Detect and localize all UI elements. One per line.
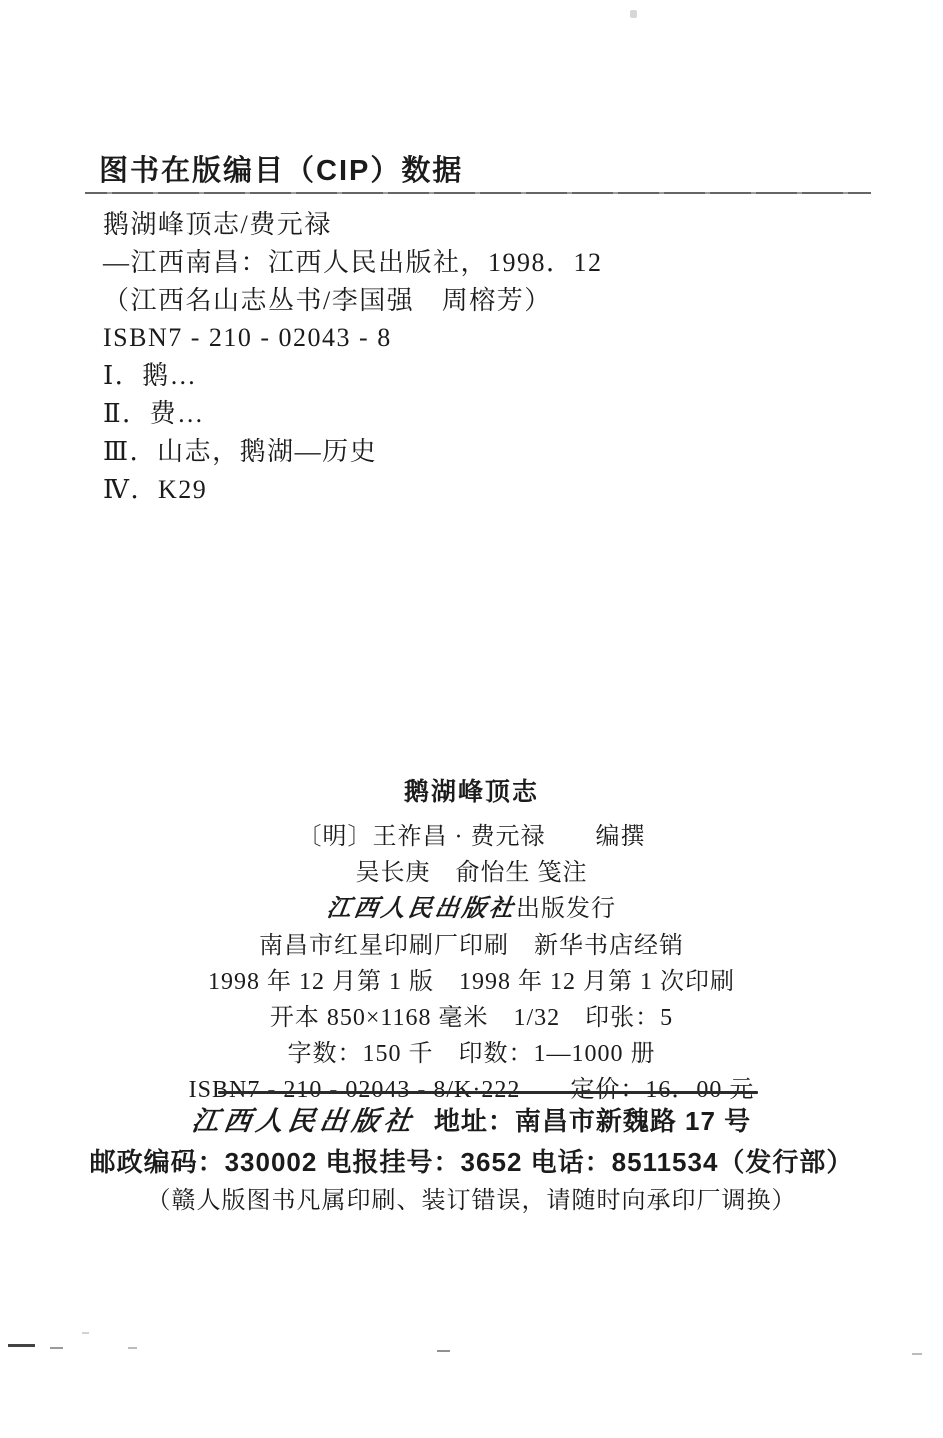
publisher-line: 江西人民出版社出版发行 <box>0 891 943 927</box>
imprint-block: 鹅湖峰顶志 〔明〕王祚昌 · 费元禄 编撰 吴长庚 俞怡生 笺注 江西人民出版社… <box>0 772 943 1109</box>
publisher-brand-script: 江西人民出版社 <box>189 1101 419 1141</box>
publisher-contact-line: 邮政编码：330002 电报挂号：3652 电话：8511534（发行部） <box>0 1142 943 1182</box>
cip-divider-rule <box>85 192 871 194</box>
publisher-rest: 出版发行 <box>516 896 616 922</box>
scan-artifact-dash <box>437 1350 450 1352</box>
scan-artifact-speck <box>630 10 637 18</box>
count-line: 字数：150 千 印数：1—1000 册 <box>0 1036 943 1072</box>
cip-index-4: Ⅳ．K29 <box>103 471 603 509</box>
book-title: 鹅湖峰顶志 <box>0 772 943 808</box>
publisher-contact-block: 江西人民出版社地址：南昌市新魏路 17 号 邮政编码：330002 电报挂号：3… <box>0 1101 943 1220</box>
cip-index-2: Ⅱ．费… <box>103 395 603 433</box>
scan-artifact-dash <box>8 1344 35 1347</box>
printer-line: 南昌市红星印刷厂印刷 新华书店经销 <box>0 928 943 964</box>
cip-series-line: （江西名山志丛书/李国强 周榕芳） <box>103 282 603 320</box>
scan-artifact-dash <box>50 1347 63 1349</box>
publisher-address-line: 江西人民出版社地址：南昌市新魏路 17 号 <box>0 1101 943 1142</box>
edition-line: 1998 年 12 月第 1 版 1998 年 12 月第 1 次印刷 <box>0 964 943 1000</box>
cip-heading: 图书在版编目（CIP）数据 <box>99 148 463 189</box>
cip-isbn-line: ISBN7 - 210 - 02043 - 8 <box>103 319 603 357</box>
cip-index-3: Ⅲ．山志，鹅湖—历史 <box>103 433 603 471</box>
format-line: 开本 850×1168 毫米 1/32 印张：5 <box>0 1000 943 1036</box>
scan-artifact-dash <box>128 1347 137 1349</box>
publisher-brand-script: 江西人民出版社 <box>324 891 518 927</box>
authors-line: 〔明〕王祚昌 · 费元禄 编撰 <box>0 819 943 855</box>
footer-divider-rule <box>218 1091 758 1094</box>
cip-publisher-line: —江西南昌：江西人民出版社，1998．12 <box>103 244 603 282</box>
annotators-line: 吴长庚 俞怡生 笺注 <box>0 855 943 891</box>
exchange-notice-line: （赣人版图书凡属印刷、装订错误，请随时向承印厂调换） <box>0 1182 943 1220</box>
cip-title-line: 鹅湖峰顶志/费元禄 <box>103 206 603 244</box>
scan-artifact-dash <box>82 1332 89 1334</box>
scan-artifact-dash <box>912 1353 922 1355</box>
cip-index-1: Ⅰ．鹅… <box>103 357 603 395</box>
cip-entry-block: 鹅湖峰顶志/费元禄 —江西南昌：江西人民出版社，1998．12 （江西名山志丛书… <box>103 206 603 508</box>
publisher-address: 地址：南昌市新魏路 17 号 <box>434 1106 751 1136</box>
book-copyright-page: 图书在版编目（CIP）数据 鹅湖峰顶志/费元禄 —江西南昌：江西人民出版社，19… <box>0 0 943 1438</box>
